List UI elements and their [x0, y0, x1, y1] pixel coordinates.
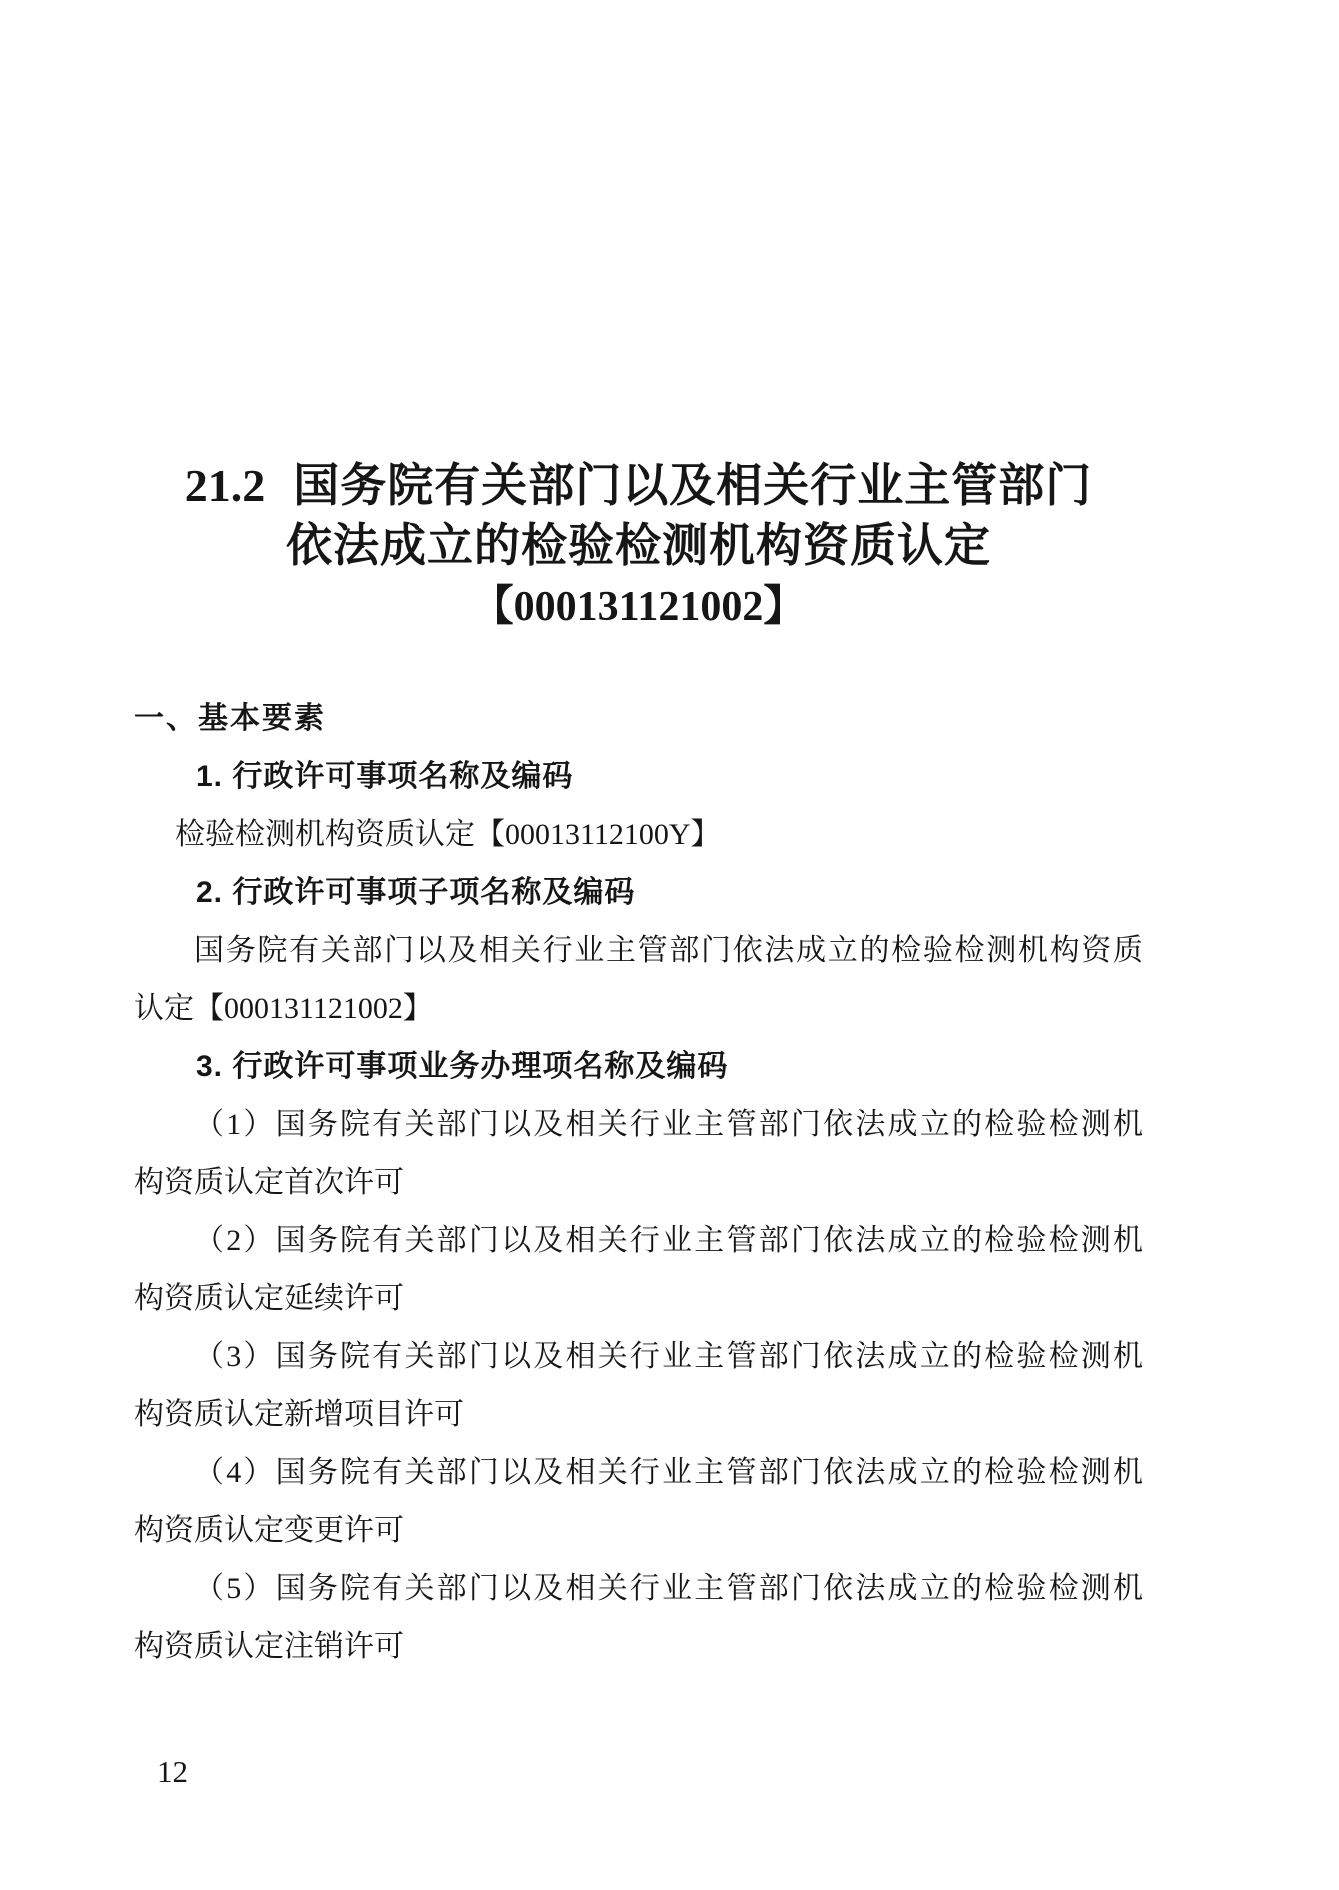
- sub-item-2-line2: 构资质认定延续许可: [134, 1270, 1143, 1328]
- item1-heading: 1. 行政许可事项名称及编码: [134, 748, 1143, 806]
- sub-item-3-line2: 构资质认定新增项目许可: [134, 1386, 1143, 1444]
- sub-item-1-line1: （1）国务院有关部门以及相关行业主管部门依法成立的检验检测机: [134, 1096, 1143, 1154]
- sub-item-3-line1: （3）国务院有关部门以及相关行业主管部门依法成立的检验检测机: [134, 1328, 1143, 1386]
- document-body: 一、基本要素 1. 行政许可事项名称及编码 检验检测机构资质认定【0001311…: [134, 690, 1143, 1676]
- item3-heading: 3. 行政许可事项业务办理项名称及编码: [134, 1038, 1143, 1096]
- item2-heading: 2. 行政许可事项子项名称及编码: [134, 864, 1143, 922]
- sub-item-1-line2: 构资质认定首次许可: [134, 1154, 1143, 1212]
- title-code: 【000131121002】: [134, 576, 1143, 638]
- item2-body-line1: 国务院有关部门以及相关行业主管部门依法成立的检验检测机构资质: [134, 922, 1143, 980]
- item1-body: 检验检测机构资质认定【00013112100Y】: [134, 806, 1143, 864]
- page-number: 12: [157, 1752, 188, 1792]
- title-section-number: 21.2: [185, 460, 266, 511]
- item2-body-line2: 认定【000131121002】: [134, 980, 1143, 1038]
- document-page: 21.2国务院有关部门以及相关行业主管部门 依法成立的检验检测机构资质认定 【0…: [0, 0, 1339, 1890]
- sub-item-5-line1: （5）国务院有关部门以及相关行业主管部门依法成立的检验检测机: [134, 1560, 1143, 1618]
- document-title: 21.2国务院有关部门以及相关行业主管部门 依法成立的检验检测机构资质认定 【0…: [134, 456, 1143, 638]
- section-heading: 一、基本要素: [134, 690, 1143, 748]
- title-line-2: 依法成立的检验检测机构资质认定: [134, 516, 1143, 576]
- sub-item-2-line1: （2）国务院有关部门以及相关行业主管部门依法成立的检验检测机: [134, 1212, 1143, 1270]
- title-line-1: 21.2国务院有关部门以及相关行业主管部门: [134, 456, 1143, 516]
- sub-item-5-line2: 构资质认定注销许可: [134, 1618, 1143, 1676]
- sub-item-4-line2: 构资质认定变更许可: [134, 1502, 1143, 1560]
- sub-item-4-line1: （4）国务院有关部门以及相关行业主管部门依法成立的检验检测机: [134, 1444, 1143, 1502]
- title-text-1: 国务院有关部门以及相关行业主管部门: [293, 460, 1092, 511]
